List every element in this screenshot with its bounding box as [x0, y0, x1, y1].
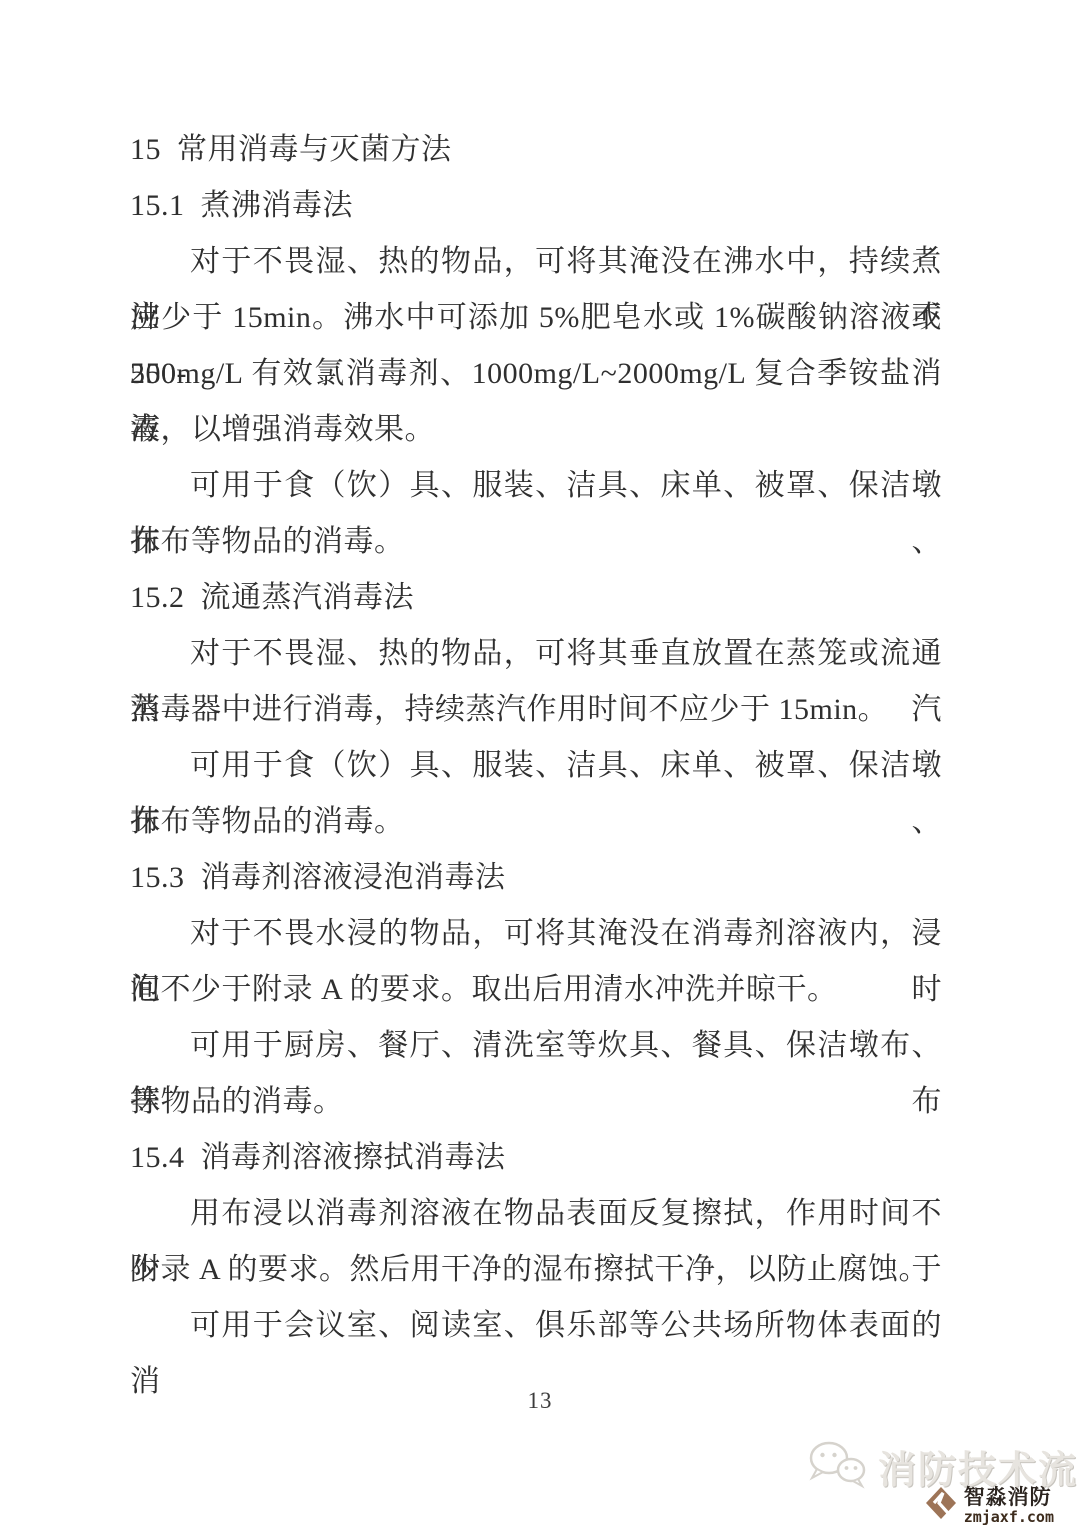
section-heading: 15 常用消毒与灭菌方法: [130, 122, 942, 178]
document-page: 15 常用消毒与灭菌方法 15.1 煮沸消毒法 对于不畏湿、热的物品，可将其淹没…: [0, 0, 1080, 1527]
page-number: 13: [0, 1388, 1080, 1414]
section-heading: 15.4 消毒剂溶液擦拭消毒法: [130, 1130, 942, 1186]
paragraph-line: 可用于食（饮）具、服装、洁具、床单、被罩、保洁墩布、: [130, 738, 942, 794]
paragraph-line: 液，以增强消毒效果。: [130, 402, 942, 458]
paragraph-line: 间不少于附录 A 的要求。取出后用清水冲洗并晾干。: [130, 962, 942, 1018]
section-heading: 15.2 流通蒸汽消毒法: [130, 570, 942, 626]
brand-name: 智淼消防: [964, 1487, 1054, 1508]
paragraph-line: 对于不畏水浸的物品，可将其淹没在消毒剂溶液内，浸泡时: [130, 906, 942, 962]
paragraph-line: 对于不畏湿、热的物品，可将其淹没在沸水中，持续煮沸不: [130, 234, 942, 290]
paragraph-line: 500mg/L 有效氯消毒剂、1000mg/L~2000mg/L 复合季铵盐消毒: [130, 346, 942, 402]
wechat-bubbles-icon: [806, 1438, 870, 1495]
paragraph-line: 附录 A 的要求。然后用干净的湿布擦拭干净，以防止腐蚀。: [130, 1242, 942, 1298]
section-heading: 15.3 消毒剂溶液浸泡消毒法: [130, 850, 942, 906]
section-heading: 15.1 煮沸消毒法: [130, 178, 942, 234]
brand-watermark: 智淼消防 zmjaxf.com: [923, 1484, 1054, 1527]
paragraph-line: 可用于食（饮）具、服装、洁具、床单、被罩、保洁墩布、: [130, 458, 942, 514]
document-content: 15 常用消毒与灭菌方法 15.1 煮沸消毒法 对于不畏湿、热的物品，可将其淹没…: [130, 122, 942, 1354]
brand-domain: zmjaxf.com: [964, 1510, 1054, 1525]
paragraph-line: 用布浸以消毒剂溶液在物品表面反复擦拭，作用时间不少于: [130, 1186, 942, 1242]
paragraph-line: 可用于会议室、阅读室、俱乐部等公共场所物体表面的消: [130, 1298, 942, 1354]
paragraph-line: 可用于厨房、餐厅、清洗室等炊具、餐具、保洁墩布、抹布: [130, 1018, 942, 1074]
paragraph-line: 消毒器中进行消毒，持续蒸汽作用时间不应少于 15min。: [130, 682, 942, 738]
paragraph-line: 应少于 15min。沸水中可添加 5%肥皂水或 1%碳酸钠溶液或 250-: [130, 290, 942, 346]
diamond-logo-icon: [923, 1484, 959, 1527]
paragraph-line: 对于不畏湿、热的物品，可将其垂直放置在蒸笼或流通蒸汽: [130, 626, 942, 682]
